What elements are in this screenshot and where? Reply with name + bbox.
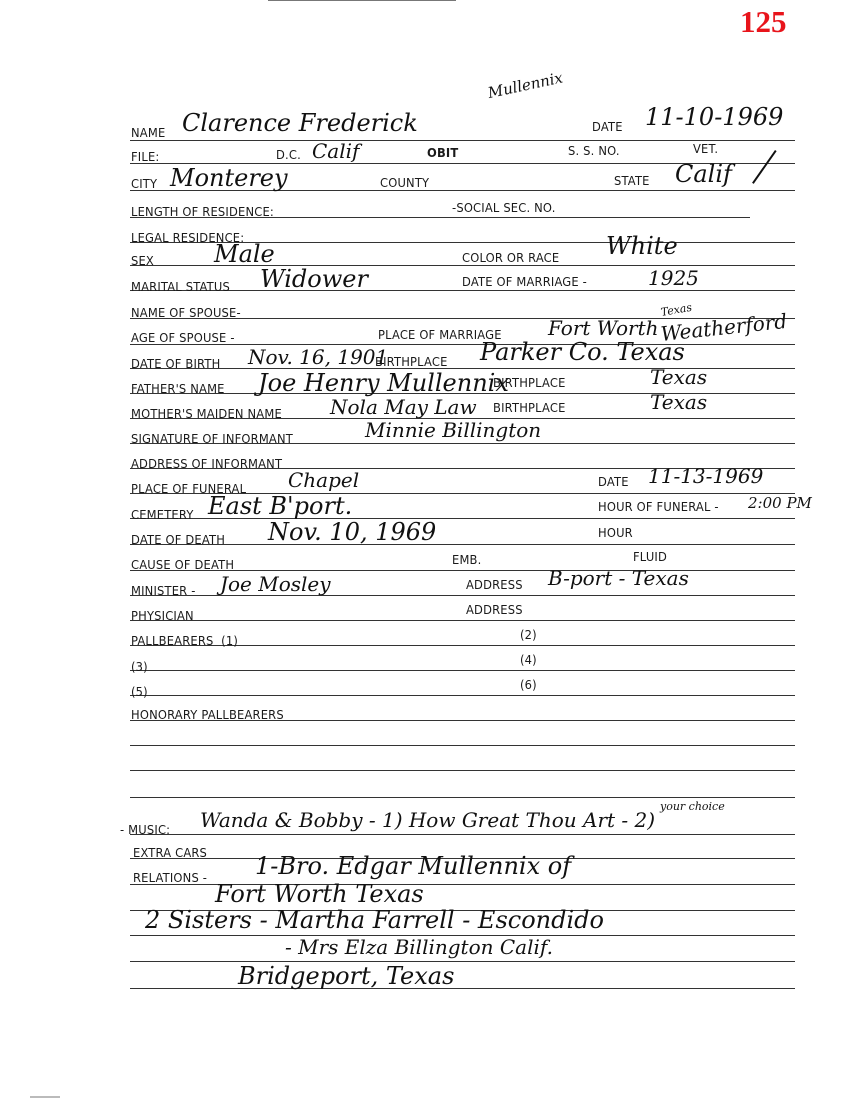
name-value-surname[interactable]: Mullennix [486,69,564,102]
top-rule [268,0,456,1]
county-label: COUNTY [380,175,429,190]
pallbearer-slot-3: (3) [131,659,148,674]
signature-informant-label: SIGNATURE OF INFORMANT [131,431,293,446]
date-label: DATE [592,119,623,134]
mothers-maiden-name-label: MOTHER'S MAIDEN NAME [131,406,282,421]
funeral-date-value[interactable]: 11-13-1969 [648,464,763,488]
name-of-spouse-label: NAME OF SPOUSE- [131,305,241,320]
rule-physician [130,620,795,621]
date-of-birth-value[interactable]: Nov. 16, 1901 [248,345,388,369]
pallbearer-slot-2: (2) [520,627,537,642]
scan-artifact [30,1096,60,1098]
place-of-marriage-value[interactable]: Fort Worth [548,316,659,340]
relations-label: RELATIONS - [133,870,207,885]
rule-blank-2 [130,770,795,771]
music-label-text: MUSIC: [128,822,170,837]
music-label: - MUSIC: [120,822,170,837]
date-of-death-label: DATE OF DEATH [131,532,225,547]
father-birthplace-value[interactable]: Texas [650,365,707,389]
obit-label: OBIT [427,145,458,160]
rule-relations-5 [130,988,795,989]
rule-dod [130,544,795,545]
sex-value[interactable]: Male [214,240,275,268]
minister-address-value[interactable]: B-port - Texas [548,566,689,590]
page-number: 125 [740,4,787,40]
physician-address-label: ADDRESS [466,602,523,617]
address-informant-label: ADDRESS OF INFORMANT [131,456,282,471]
rule-blank-3 [130,797,795,798]
pallbearers-label: PALLBEARERS (1) [131,633,238,648]
mother-birthplace-label: BIRTHPLACE [493,400,566,415]
dc-value[interactable]: Calif [312,139,359,163]
minister-address-label: ADDRESS [466,577,523,592]
physician-label: PHYSICIAN [131,608,194,623]
pallbearers-label-text: PALLBEARERS [131,633,213,648]
music-value[interactable]: Wanda & Bobby - 1) How Great Thou Art - … [200,808,655,832]
date-of-marriage-value[interactable]: 1925 [648,266,699,290]
sex-label: SEX [131,253,154,268]
state-value[interactable]: Calif [675,160,732,188]
mothers-maiden-name-value[interactable]: Nola May Law [330,395,477,419]
place-of-funeral-value[interactable]: Chapel [288,468,359,492]
emb-label: EMB. [452,552,481,567]
father-birthplace-label: BIRTHPLACE [493,375,566,390]
date-of-birth-label: DATE OF BIRTH [131,356,220,371]
relations-line-2[interactable]: Fort Worth Texas [215,880,424,908]
relations-line-3[interactable]: 2 Sisters - Martha Farrell - Escondido [145,906,604,934]
fathers-name-label: FATHER'S NAME [131,381,225,396]
marital-status-label: MARITAL STATUS [131,279,230,294]
vet-label: VET. [693,141,718,156]
rule-pall-5 [130,695,795,696]
ss-no-label: S. S. NO. [568,143,620,158]
minister-value[interactable]: Joe Mosley [220,572,331,596]
rule-blank-1 [130,745,795,746]
cemetery-label: CEMETERY [131,507,194,522]
relations-line-1[interactable]: 1-Bro. Edgar Mullennix of [255,852,571,880]
place-of-marriage-annotation: Texas [660,301,693,319]
age-of-spouse-label: AGE OF SPOUSE - [131,330,235,345]
file-label: FILE: [131,149,159,164]
marital-status-value[interactable]: Widower [260,265,368,293]
hour-label: HOUR [598,525,633,540]
rule-pall-3 [130,670,795,671]
funeral-date-label: DATE [598,474,629,489]
honorary-pallbearers-label: HONORARY PALLBEARERS [131,707,284,722]
pallbearer-slot-5: (5) [131,684,148,699]
extra-cars-label: EXTRA CARS [133,845,207,860]
city-value[interactable]: Monterey [170,164,288,192]
cause-of-death-label: CAUSE OF DEATH [131,557,234,572]
hour-of-funeral-label: HOUR OF FUNERAL - [598,499,719,514]
vet-check-mark [752,150,777,184]
signature-informant-value[interactable]: Minnie Billington [365,418,541,442]
length-of-residence-label: LENGTH OF RESIDENCE: [131,204,274,219]
date-value[interactable]: 11-10-1969 [645,103,783,131]
fathers-name-value[interactable]: Joe Henry Mullennix [258,369,509,397]
name-value[interactable]: Clarence Frederick [182,109,418,137]
fluid-label: FLUID [633,549,667,564]
minister-label: MINISTER - [131,583,196,598]
social-sec-label: -SOCIAL SEC. NO. [452,200,556,215]
rule-relations-4 [130,961,795,962]
birthplace-label: BIRTHPLACE [375,354,448,369]
color-race-value[interactable]: White [606,232,678,260]
name-label: NAME [131,125,165,140]
relations-line-5[interactable]: Bridgeport, Texas [238,962,454,990]
hour-of-funeral-value[interactable]: 2:00 PM [748,494,812,512]
date-of-death-value[interactable]: Nov. 10, 1969 [268,518,436,546]
dc-label: D.C. [276,147,301,162]
rule-music [130,834,795,835]
pallbearer-slot-1: (1) [221,633,238,648]
date-of-marriage-label: DATE OF MARRIAGE - [462,274,587,289]
color-race-label: COLOR OR RACE [462,250,559,265]
music-annotation: your choice [660,800,725,813]
city-label: CITY [131,176,157,191]
cemetery-value[interactable]: East B'port. [208,492,352,520]
pallbearer-slot-6: (6) [520,677,537,692]
birthplace-value[interactable]: Parker Co. Texas [480,338,685,366]
pallbearer-slot-4: (4) [520,652,537,667]
relations-line-4[interactable]: - Mrs Elza Billington Calif. [285,935,553,959]
state-label: STATE [614,173,650,188]
mother-birthplace-value[interactable]: Texas [650,390,707,414]
